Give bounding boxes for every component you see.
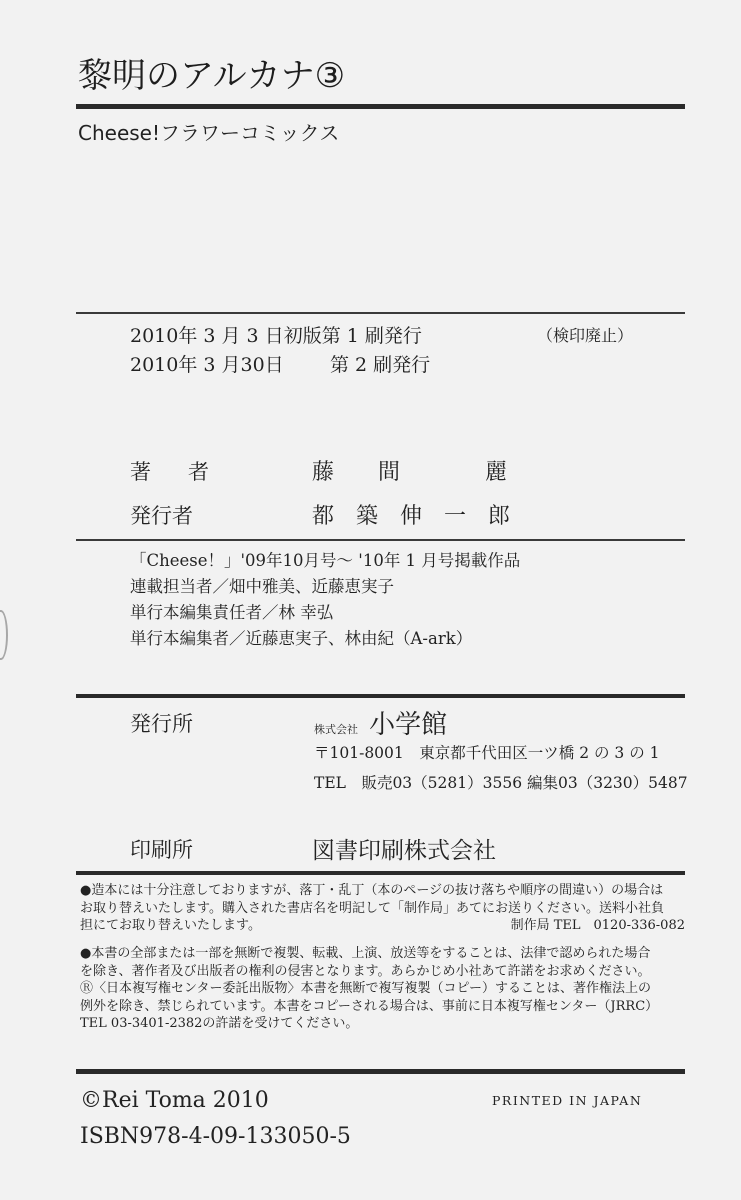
people-divider — [76, 539, 685, 541]
title-divider — [76, 104, 685, 109]
publisher-address: 〒101-8001 東京都千代田区一ツ橋 2 の 3 の 1 — [314, 741, 660, 763]
publisher-label: 発行者 — [130, 500, 193, 530]
publisher-name-char: 一 — [444, 499, 466, 530]
credit-line: 「Cheese！」'09年10月号～ '10年 1 月号掲載作品 — [130, 548, 520, 574]
author-name-char: 麗 — [485, 455, 507, 486]
author-name-char: 間 — [378, 455, 400, 486]
dates-divider — [76, 312, 685, 314]
book-title: 黎明のアルカナ③ — [78, 48, 345, 97]
copyright-notice: ●本書の全部または一部を無断で複製、転載、上演、放送等をすることは、法律で認めら… — [80, 945, 658, 1033]
company-name: 小学館 — [369, 710, 447, 740]
publisher-tel: TEL 販売03（5281）3556 編集03（3230）5487 — [314, 771, 688, 793]
notice-line: Ⓡ〈日本複写権センター委託出版物〉本書を無断で複写複製（コピー）することは、著作… — [80, 980, 658, 998]
printer-divider — [76, 871, 685, 875]
notice-line: ●本書の全部または一部を無断で複製、転載、上演、放送等をすることは、法律で認めら… — [80, 945, 658, 963]
seal-notice: （検印廃止） — [537, 323, 633, 346]
company-prefix: 株式会社 — [314, 723, 358, 736]
copyright-line: ©Rei Toma 2010 — [80, 1088, 269, 1113]
notice-line: TEL 03-3401-2382の許諾を受けてください。 — [80, 1015, 658, 1033]
publisher-name-char: 郎 — [488, 499, 510, 530]
notice-line: を除き、著作者及び出版者の権利の侵害となります。あらかじめ小社あて許諾をお求めく… — [80, 963, 658, 981]
publisher-name: 都 築 伸 一 郎 — [312, 499, 532, 529]
credit-line: 連載担当者／畑中雅美、近藤恵実子 — [130, 574, 520, 600]
author-name-char: 藤 — [312, 460, 334, 485]
printer-label: 印刷所 — [130, 834, 193, 864]
printed-in-japan: PRINTED IN JAPAN — [492, 1093, 642, 1108]
publisher-divider — [76, 694, 685, 698]
notice-line: 例外を除き、禁じられています。本書をコピーされる場合は、事前に日本複写権センター… — [80, 998, 658, 1016]
isbn: ISBN978-4-09-133050-5 — [80, 1124, 351, 1149]
credits-block: 「Cheese！」'09年10月号～ '10年 1 月号掲載作品 連載担当者／畑… — [130, 548, 520, 652]
publisher-house-label: 発行所 — [130, 708, 193, 738]
series-name: Cheese!フラワーコミックス — [78, 117, 339, 146]
publisher-name-char: 都 — [312, 499, 334, 530]
defect-tel: 制作局 TEL 0120-336-082 — [460, 917, 685, 935]
first-print-line: 2010年 3 月 3 日初版第 1 刷発行 — [130, 321, 422, 348]
footer-divider — [76, 1069, 685, 1074]
second-print-label: 第 2 刷発行 — [330, 350, 430, 377]
notice-line: お取り替えいたします。購入された書店名を明記して「制作局」あてにお送りください。… — [80, 900, 664, 918]
publisher-company: 株式会社 小学館 — [314, 704, 447, 741]
author-label: 著 者 — [130, 456, 217, 486]
publisher-name-char: 築 — [356, 499, 378, 530]
credit-line: 単行本編集者／近藤恵実子、林由紀（A-ark） — [130, 626, 520, 652]
notice-line: ●造本には十分注意しておりますが、落丁・乱丁（本のページの抜け落ちや順序の間違い… — [80, 882, 664, 900]
credit-line: 単行本編集責任者／林 幸弘 — [130, 600, 520, 626]
printer-name: 図書印刷株式会社 — [312, 832, 496, 865]
second-print-date: 2010年 3 月30日 — [130, 350, 284, 377]
author-name: 藤 間 麗 — [312, 455, 334, 486]
publisher-name-char: 伸 — [400, 499, 422, 530]
page-edge-mark — [0, 610, 8, 660]
